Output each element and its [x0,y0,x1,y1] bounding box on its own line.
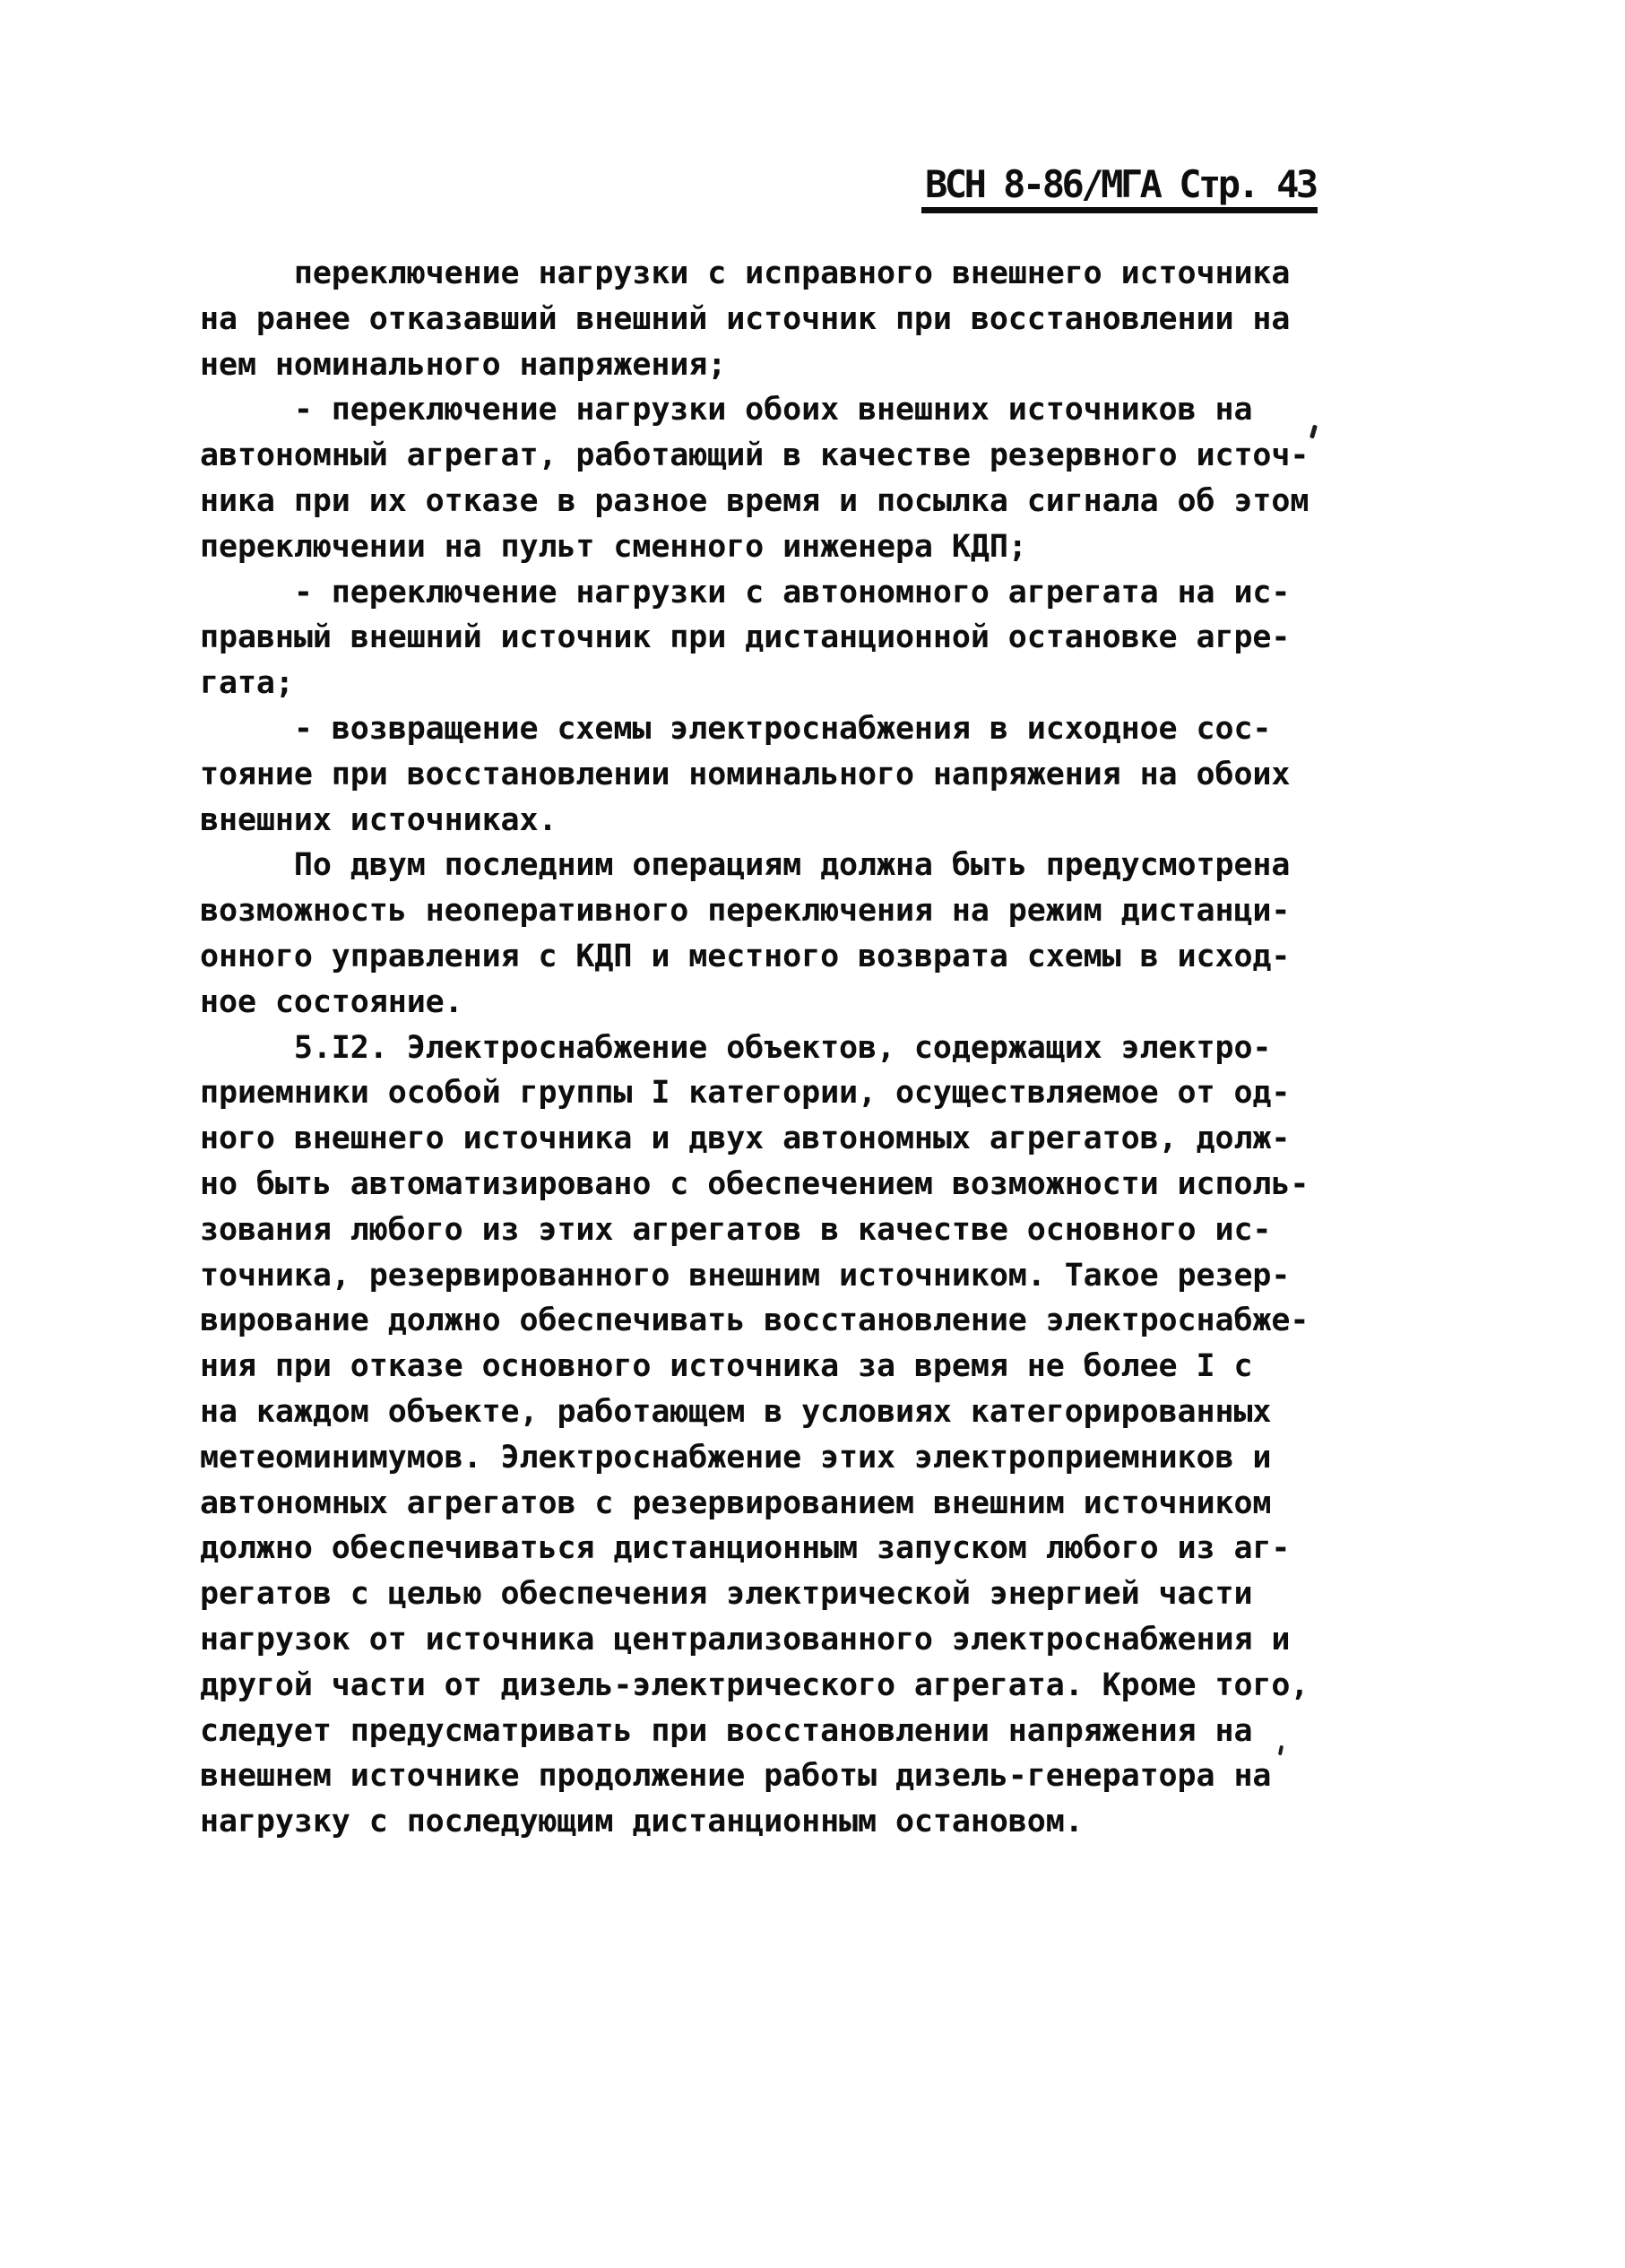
text-line: ния при отказе основного источника за вр… [200,1344,1347,1389]
text-line: переключение нагрузки с исправного внешн… [200,251,1347,297]
page-header-document-number: ВСН 8-86/МГА Стр. 43 [925,164,1316,205]
text-line: онного управления с КДП и местного возвр… [200,934,1347,980]
text-line: правный внешний источник при дистанционн… [200,615,1347,661]
text-line: приемники особой группы I категории, осу… [200,1070,1347,1116]
text-line: ное состояние. [200,980,1347,1026]
text-line: внешнем источнике продолжение работы диз… [200,1753,1347,1799]
text-line: метеоминимумов. Электроснабжение этих эл… [200,1435,1347,1481]
text-line: ника при их отказе в разное время и посы… [200,479,1347,524]
text-line: автономных агрегатов с резервированием в… [200,1481,1347,1527]
text-line: - переключение нагрузки с автономного аг… [200,570,1347,616]
text-line: нагрузку с последующим дистанционным ост… [200,1799,1347,1845]
text-line: автономный агрегат, работающий в качеств… [200,433,1347,479]
text-line: точника, резервированного внешним источн… [200,1253,1347,1299]
text-line: на ранее отказавший внешний источник при… [200,297,1347,342]
text-line: нагрузок от источника централизованного … [200,1617,1347,1663]
text-line: зования любого из этих агрегатов в качес… [200,1208,1347,1253]
header-underline [921,207,1318,213]
text-line: вирование должно обеспечивать восстановл… [200,1298,1347,1344]
text-line: По двум последним операциям должна быть … [200,843,1347,888]
text-line: внешних источниках. [200,798,1347,844]
text-line: возможность неоперативного переключения … [200,888,1347,934]
text-line: - переключение нагрузки обоих внешних ис… [200,387,1347,433]
text-line: следует предусматривать при восстановлен… [200,1709,1347,1754]
text-line: на каждом объекте, работающем в условиях… [200,1389,1347,1435]
text-line: регатов с целью обеспечения электрическо… [200,1571,1347,1617]
text-line: переключении на пульт сменного инженера … [200,524,1347,570]
document-page: ВСН 8-86/МГА Стр. 43 переключение нагруз… [0,0,1625,2268]
document-body: переключение нагрузки с исправного внешн… [200,251,1347,1845]
text-line: гата; [200,661,1347,706]
text-line: но быть автоматизировано с обеспечением … [200,1162,1347,1208]
text-line: другой части от дизель-электрического аг… [200,1663,1347,1709]
text-line: должно обеспечиваться дистанционным запу… [200,1526,1347,1571]
text-line: - возвращение схемы электроснабжения в и… [200,706,1347,752]
text-line: тояние при восстановлении номинального н… [200,752,1347,798]
text-line: ного внешнего источника и двух автономны… [200,1116,1347,1162]
text-line: 5.I2. Электроснабжение объектов, содержа… [200,1026,1347,1071]
text-line: нем номинального напряжения; [200,342,1347,388]
